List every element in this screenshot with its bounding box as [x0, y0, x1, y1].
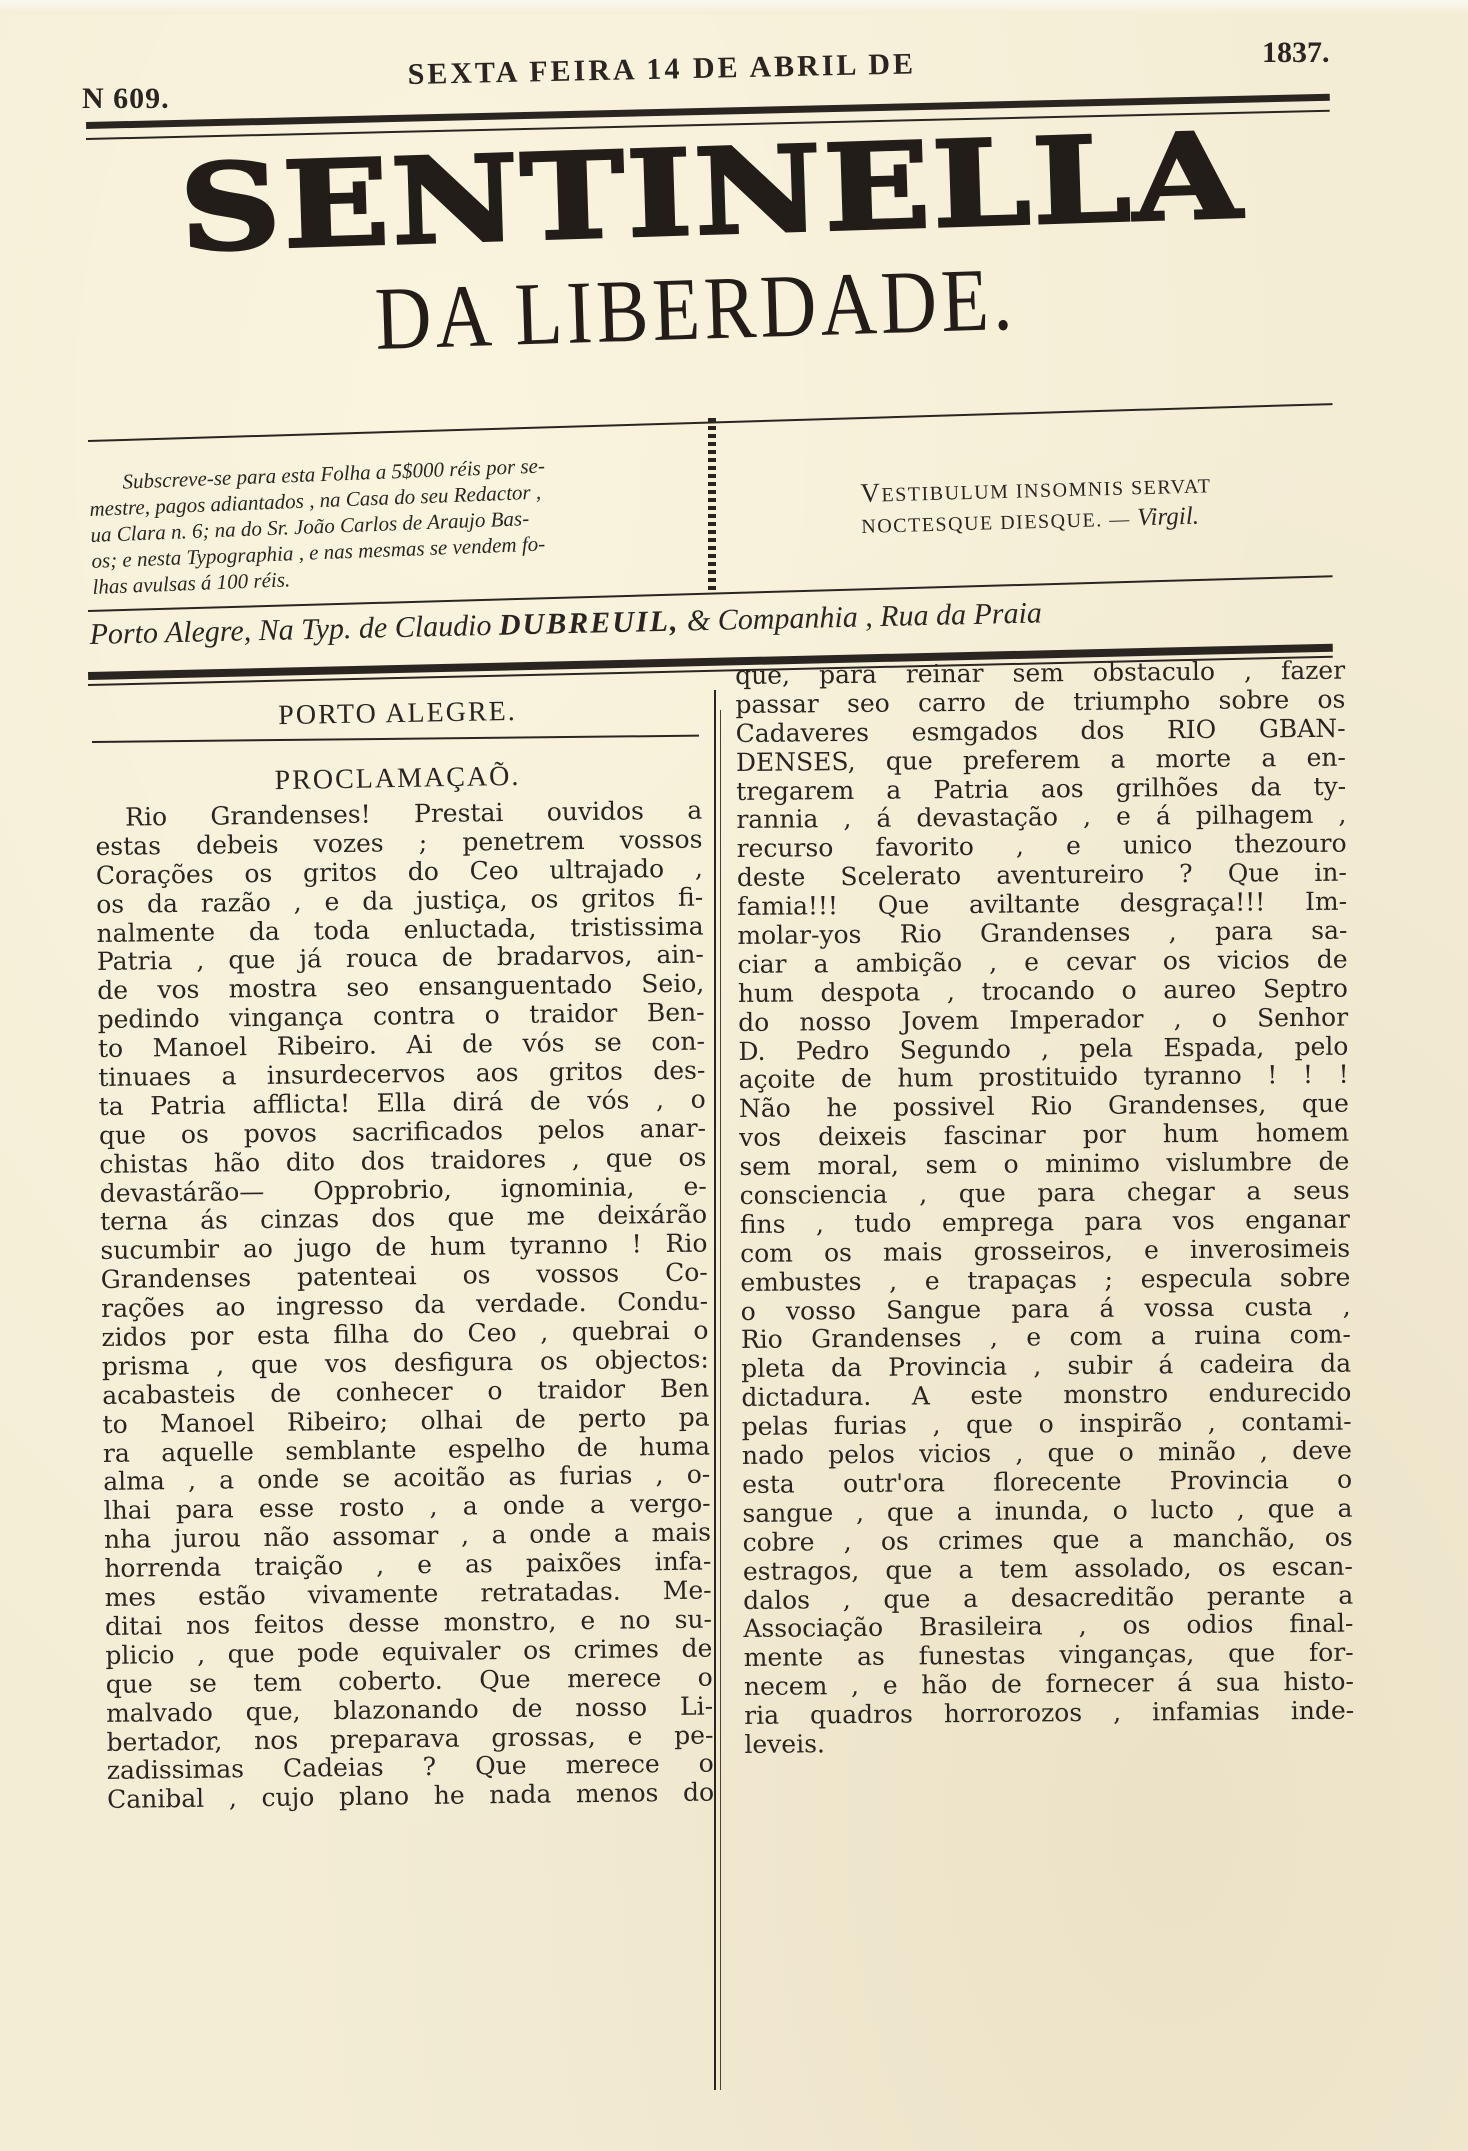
- motto-initial: V: [860, 477, 882, 508]
- text-line: [111, 2068, 718, 2104]
- dateline: SEXTA FEIRA 14 DE ABRIL DE: [407, 47, 916, 92]
- section-heading: PORTO ALEGRE.: [95, 693, 700, 736]
- issue-number: N 609.: [82, 82, 170, 116]
- article-column-right: que, para reinar sem obstaculo , fazer p…: [735, 657, 1355, 1760]
- torn-paper-edge: [0, 0, 1468, 14]
- imprint-prefix: Porto Alegre, Na Typ. de Claudio: [89, 609, 499, 651]
- year: 1837.: [1262, 36, 1330, 70]
- motto-attribution: Virgil.: [1137, 503, 1200, 532]
- imprint-line: Porto Alegre, Na Typ. de Claudio DUBREUI…: [89, 596, 1042, 652]
- latin-motto: VESTIBULUM INSOMNIS SERVAT NOCTESQUE DIE…: [860, 466, 1282, 542]
- article-heading: PROCLAMAÇAÕ.: [95, 758, 700, 801]
- subscription-notice: Subscreve-se para esta Folha a 5$000 réi…: [88, 447, 705, 600]
- section-rule: [92, 735, 699, 743]
- newspaper-title: SENTINELLA: [178, 117, 1245, 268]
- ornamental-divider: [708, 418, 716, 590]
- motto-line-2-text: NOCTESQUE DIESQUE. —: [861, 508, 1131, 538]
- imprint-printer: DUBREUIL,: [499, 605, 680, 642]
- text-line: ria quadros horrorozos , infamias inde-: [744, 1697, 1354, 1731]
- text-line: leveis.: [744, 1726, 1354, 1760]
- newspaper-subtitle: DA LIBERDADE.: [374, 254, 1018, 364]
- article-column-left: Rio Grandenses! Prestai ouvidos a estas …: [95, 797, 718, 2104]
- column-divider-inner: [720, 710, 721, 2090]
- imprint-suffix: & Companhia , Rua da Praia: [679, 596, 1042, 637]
